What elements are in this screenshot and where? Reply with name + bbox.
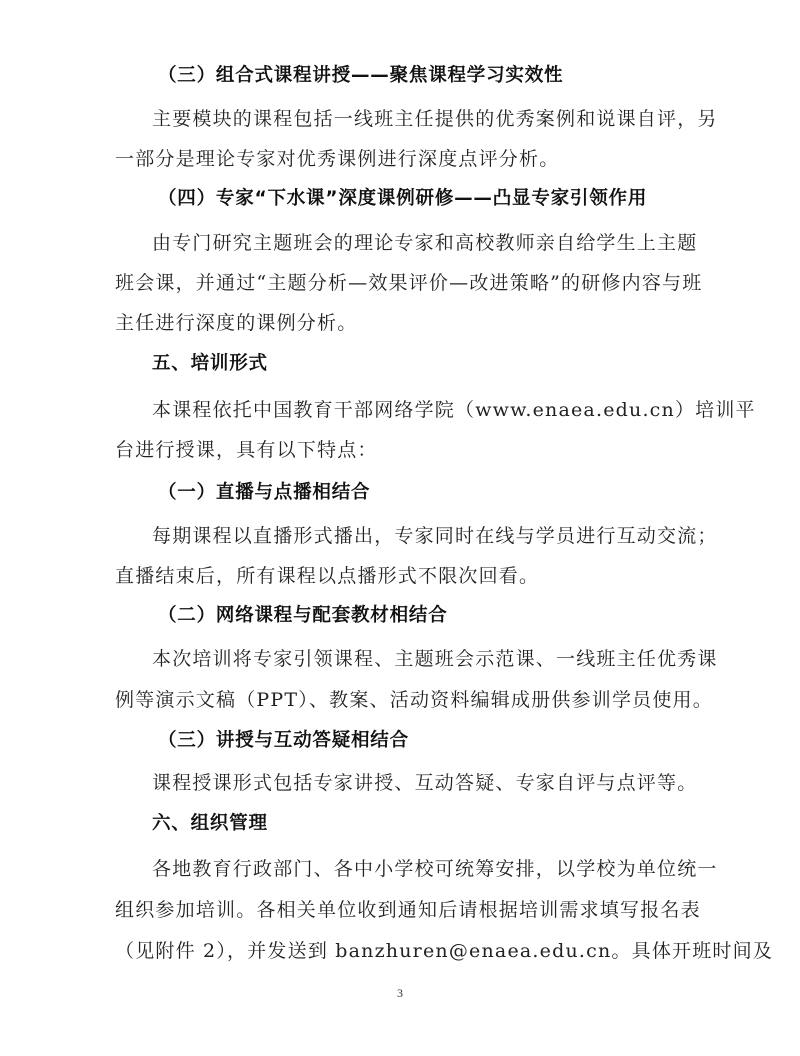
paragraph-line: 组织参加培训。各相关单位收到通知后请根据培训需求填写报名表 bbox=[115, 898, 680, 922]
paragraph-line: 课程授课形式包括专家讲授、互动答疑、专家自评与点评等。 bbox=[152, 771, 717, 795]
section-heading-organization: 六、组织管理 bbox=[152, 812, 717, 836]
paragraph-line: 本课程依托中国教育干部网络学院（www.enaea.edu.cn）培训平 bbox=[152, 398, 717, 422]
paragraph-line: 本次培训将专家引领课程、主题班会示范课、一线班主任优秀课 bbox=[152, 647, 717, 671]
paragraph-line: 各地教育行政部门、各中小学校可统筹安排，以学校为单位统一 bbox=[152, 857, 717, 881]
subsection-heading-expert-lessons: （四）专家“下水课”深度课例研修——凸显专家引领作用 bbox=[158, 187, 723, 211]
paragraph-line: 主任进行深度的课例分析。 bbox=[115, 311, 680, 335]
paragraph-line: 由专门研究主题班会的理论专家和高校教师亲自给学生上主题 bbox=[152, 231, 717, 255]
paragraph-line: 每期课程以直播形式播出，专家同时在线与学员进行互动交流； bbox=[152, 524, 717, 548]
paragraph-line: 主要模块的课程包括一线班主任提供的优秀案例和说课自评，另 bbox=[152, 107, 717, 131]
paragraph-line: 直播结束后，所有课程以点播形式不限次回看。 bbox=[115, 564, 680, 588]
subsection-heading-online-materials: （二）网络课程与配套教材相结合 bbox=[158, 604, 723, 628]
paragraph-line: 例等演示文稿（PPT）、教案、活动资料编辑成册供参训学员使用。 bbox=[115, 688, 680, 712]
paragraph-line: （见附件 2），并发送到 banzhuren@enaea.edu.cn。具体开班… bbox=[115, 939, 680, 963]
paragraph-line: 班会课，并通过“主题分析—效果评价—改进策略”的研修内容与班 bbox=[115, 271, 680, 295]
paragraph-line: 台进行授课，具有以下特点： bbox=[115, 438, 680, 462]
section-heading-training-format: 五、培训形式 bbox=[152, 352, 717, 376]
document-page: （三）组合式课程讲授——聚焦课程学习实效性 主要模块的课程包括一线班主任提供的优… bbox=[0, 0, 800, 1056]
subsection-heading-course-delivery: （三）组合式课程讲授——聚焦课程学习实效性 bbox=[158, 64, 723, 88]
subsection-heading-lecture-qa: （三）讲授与互动答疑相结合 bbox=[158, 729, 723, 753]
subsection-heading-live-vod: （一）直播与点播相结合 bbox=[158, 481, 723, 505]
paragraph-line: 一部分是理论专家对优秀课例进行深度点评分析。 bbox=[115, 147, 680, 171]
page-number: 3 bbox=[0, 986, 800, 1001]
